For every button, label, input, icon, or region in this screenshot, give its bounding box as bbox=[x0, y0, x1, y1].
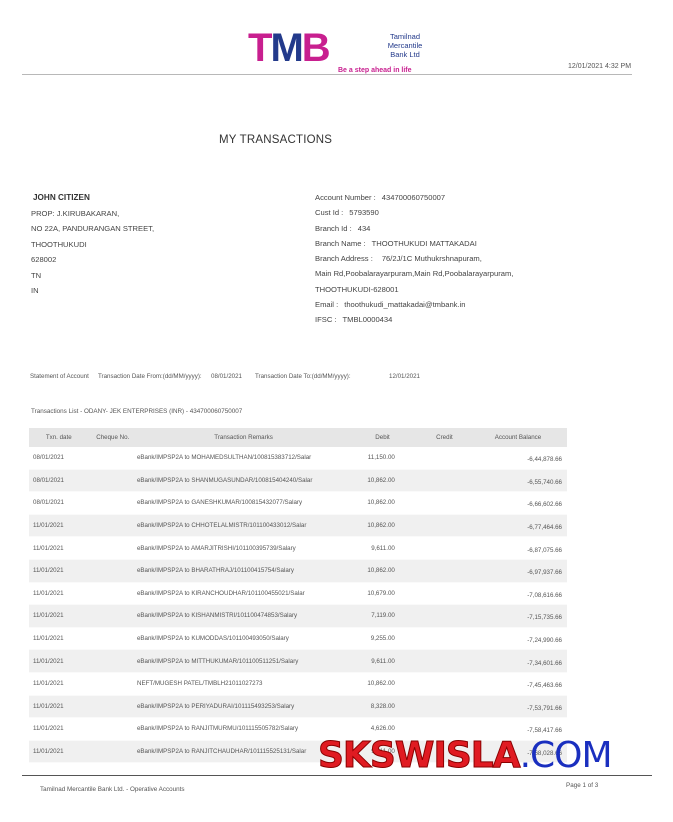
col-cheque-no: Cheque No. bbox=[89, 428, 137, 447]
cell-txn-date: 11/01/2021 bbox=[29, 695, 89, 718]
transactions-list-label: Transactions List - ODANY- JEK ENTERPRIS… bbox=[31, 408, 242, 415]
date-to-label: Transaction Date To:(dd/MM/yyyy): bbox=[255, 373, 351, 380]
cell-credit bbox=[415, 627, 474, 650]
cell-cheque-no bbox=[89, 559, 137, 582]
cell-credit bbox=[415, 650, 474, 673]
cell-balance: -6,44,878.66 bbox=[474, 447, 567, 469]
cell-remarks: eBank/IMPSP2A to SHANMUGASUNDAR/10081540… bbox=[137, 469, 350, 492]
cell-balance: -6,97,937.66 bbox=[474, 559, 567, 582]
cell-txn-date: 11/01/2021 bbox=[29, 718, 89, 741]
logo-tagline: Be a step ahead in life bbox=[338, 67, 412, 74]
cell-txn-date: 08/01/2021 bbox=[29, 469, 89, 492]
cell-txn-date: 11/01/2021 bbox=[29, 605, 89, 628]
ifsc-label: IFSC : bbox=[315, 315, 337, 324]
footer-bank-name: Tamilnad Mercantile Bank Ltd. - Operativ… bbox=[40, 786, 185, 793]
cell-txn-date-text: 11/01/2021 bbox=[33, 590, 64, 597]
cell-txn-date-text: 08/01/2021 bbox=[33, 499, 64, 506]
cell-debit-text: 10,862.00 bbox=[367, 522, 415, 529]
cell-cheque-no bbox=[89, 537, 137, 560]
cell-remarks-text: NEFT/MUGESH PATEL/TMBLH21011027273 bbox=[137, 680, 263, 687]
footer-divider bbox=[22, 775, 652, 776]
customer-address-line: NO 22A, PANDURANGAN STREET, bbox=[31, 224, 154, 240]
cell-txn-date: 11/01/2021 bbox=[29, 740, 89, 763]
cell-remarks-text: eBank/IMPSP2A to KIRANCHOUDHAR/101100455… bbox=[137, 590, 305, 597]
cell-credit bbox=[415, 447, 474, 469]
bank-logo: TMB Tamilnad Mercantile Bank Ltd Be a st… bbox=[248, 28, 438, 78]
cell-debit-text: 4,626.00 bbox=[371, 725, 415, 732]
cell-balance: -7,53,791.66 bbox=[474, 695, 567, 718]
cell-balance-text: -6,87,075.66 bbox=[527, 547, 562, 554]
cell-balance: -7,24,990.66 bbox=[474, 627, 567, 650]
cell-remarks: eBank/IMPSP2A to KUMODDAS/101100493050/S… bbox=[137, 627, 350, 650]
branch-address-line: THOOTHUKUDI-628001 bbox=[315, 285, 513, 300]
account-details-block: Account Number :434700060750007 Cust Id … bbox=[315, 193, 513, 331]
header-divider bbox=[22, 74, 632, 75]
cell-debit-text: 10,862.00 bbox=[367, 499, 415, 506]
cell-balance-text: -7,08,616.66 bbox=[527, 592, 562, 599]
cell-cheque-no bbox=[89, 492, 137, 515]
cell-remarks-text: eBank/IMPSP2A to PERIYADURAI/10111549325… bbox=[137, 703, 294, 710]
account-number-value: 434700060750007 bbox=[382, 193, 445, 202]
customer-name: JOHN CITIZEN bbox=[33, 193, 154, 209]
cell-debit: 10,862.00 bbox=[350, 559, 415, 582]
table-row: 08/01/2021eBank/IMPSP2A to SHANMUGASUNDA… bbox=[29, 469, 567, 492]
cell-debit-text: 9,611.00 bbox=[371, 545, 415, 552]
watermark-blue-text: .COM bbox=[520, 735, 612, 776]
branch-id-value: 434 bbox=[358, 224, 371, 233]
cell-balance-text: -7,58,417.66 bbox=[527, 727, 562, 734]
cell-txn-date: 11/01/2021 bbox=[29, 672, 89, 695]
col-txn-date: Txn. date bbox=[29, 428, 89, 447]
cell-debit: 9,611.00 bbox=[350, 537, 415, 560]
cell-remarks-text: eBank/IMPSP2A to KUMODDAS/101100493050/S… bbox=[137, 635, 289, 642]
cell-balance-text: -6,66,602.66 bbox=[527, 501, 562, 508]
table-row: 08/01/2021eBank/IMPSP2A to GANESHKUMAR/1… bbox=[29, 492, 567, 515]
cell-remarks-text: eBank/IMPSP2A to AMARJITRISHI/1011003957… bbox=[137, 545, 296, 552]
cell-txn-date-text: 11/01/2021 bbox=[33, 612, 64, 619]
date-from-value: 08/01/2021 bbox=[211, 373, 242, 380]
cell-remarks-text: eBank/IMPSP2A to MOHAMEDSULTHAN/10081538… bbox=[137, 454, 311, 461]
cell-txn-date-text: 11/01/2021 bbox=[33, 545, 64, 552]
branch-address-line: Main Rd,Poobalarayarpuram,Main Rd,Poobal… bbox=[315, 269, 513, 284]
branch-address-row: Branch Address :76/2J/1C Muthukrshnapura… bbox=[315, 254, 513, 269]
cell-credit bbox=[415, 695, 474, 718]
cell-txn-date-text: 11/01/2021 bbox=[33, 703, 64, 710]
page-number: Page 1 of 3 bbox=[566, 782, 598, 789]
cell-credit bbox=[415, 492, 474, 515]
cell-balance-text: -6,55,740.66 bbox=[527, 479, 562, 486]
branch-address-label: Branch Address : bbox=[315, 254, 373, 263]
cell-debit-text: 10,679.00 bbox=[367, 590, 415, 597]
cell-debit-text: 9,611.00 bbox=[371, 658, 415, 665]
cell-txn-date: 11/01/2021 bbox=[29, 559, 89, 582]
cell-txn-date-text: 11/01/2021 bbox=[33, 658, 64, 665]
logo-letter-m: M bbox=[270, 26, 301, 70]
cell-remarks: eBank/IMPSP2A to GANESHKUMAR/10081543207… bbox=[137, 492, 350, 515]
cell-debit-text: 10,862.00 bbox=[367, 477, 415, 484]
cell-cheque-no bbox=[89, 447, 137, 469]
cell-balance: -6,55,740.66 bbox=[474, 469, 567, 492]
print-timestamp: 12/01/2021 4:32 PM bbox=[568, 63, 631, 70]
cell-remarks: eBank/IMPSP2A to AMARJITRISHI/1011003957… bbox=[137, 537, 350, 560]
customer-address-line: THOOTHUKUDI bbox=[31, 240, 154, 256]
cell-balance: -7,15,735.66 bbox=[474, 605, 567, 628]
cell-txn-date: 11/01/2021 bbox=[29, 650, 89, 673]
cell-remarks-text: eBank/IMPSP2A to KISHANMISTRI/1011004748… bbox=[137, 612, 297, 619]
logo-side-line: Bank Ltd bbox=[380, 50, 430, 59]
cell-cheque-no bbox=[89, 627, 137, 650]
cell-credit bbox=[415, 582, 474, 605]
branch-id-row: Branch Id :434 bbox=[315, 224, 513, 239]
cell-remarks: eBank/IMPSP2A to MITTHUKUMAR/10110051125… bbox=[137, 650, 350, 673]
cell-cheque-no bbox=[89, 740, 137, 763]
cell-balance: -6,77,464.66 bbox=[474, 514, 567, 537]
account-number-row: Account Number :434700060750007 bbox=[315, 193, 513, 208]
cell-cheque-no bbox=[89, 469, 137, 492]
cell-txn-date: 11/01/2021 bbox=[29, 537, 89, 560]
cell-remarks: eBank/IMPSP2A to CHHOTELALMISTR/10110043… bbox=[137, 514, 350, 537]
cust-id-label: Cust Id : bbox=[315, 208, 343, 217]
cust-id-row: Cust Id :5793590 bbox=[315, 208, 513, 223]
cell-debit: 10,862.00 bbox=[350, 514, 415, 537]
cell-credit bbox=[415, 469, 474, 492]
cell-balance-text: -6,44,878.66 bbox=[527, 456, 562, 463]
logo-side-line: Mercantile bbox=[380, 41, 430, 50]
table-row: 11/01/2021eBank/IMPSP2A to KISHANMISTRI/… bbox=[29, 605, 567, 628]
page-title: MY TRANSACTIONS bbox=[219, 134, 332, 146]
cell-txn-date-text: 11/01/2021 bbox=[33, 635, 64, 642]
account-number-label: Account Number : bbox=[315, 193, 376, 202]
cell-debit-text: 8,328.00 bbox=[371, 703, 415, 710]
cell-remarks: eBank/IMPSP2A to PERIYADURAI/10111549325… bbox=[137, 695, 350, 718]
cell-debit: 9,611.00 bbox=[350, 650, 415, 673]
customer-address-line: TN bbox=[31, 271, 154, 287]
cell-txn-date-text: 11/01/2021 bbox=[33, 680, 64, 687]
watermark-red-text: SKSWISLA bbox=[318, 735, 520, 776]
cell-debit: 10,862.00 bbox=[350, 672, 415, 695]
logo-wordmark: TMB bbox=[248, 28, 329, 68]
cell-credit bbox=[415, 514, 474, 537]
cell-remarks: eBank/IMPSP2A to MOHAMEDSULTHAN/10081538… bbox=[137, 447, 350, 469]
table-row: 11/01/2021eBank/IMPSP2A to MITTHUKUMAR/1… bbox=[29, 650, 567, 673]
table-body: 08/01/2021eBank/IMPSP2A to MOHAMEDSULTHA… bbox=[29, 447, 567, 763]
customer-address-block: JOHN CITIZEN PROP: J.KIRUBAKARAN, NO 22A… bbox=[31, 193, 154, 302]
cell-balance-text: -6,77,464.66 bbox=[527, 524, 562, 531]
branch-id-label: Branch Id : bbox=[315, 224, 352, 233]
cell-debit: 8,328.00 bbox=[350, 695, 415, 718]
logo-side-line: Tamilnad bbox=[380, 32, 430, 41]
cell-remarks-text: eBank/IMPSP2A to BHARATHRAJ/101100415754… bbox=[137, 567, 294, 574]
cell-debit: 11,150.00 bbox=[350, 447, 415, 469]
logo-letter-t: T bbox=[248, 26, 270, 70]
cell-cheque-no bbox=[89, 672, 137, 695]
cell-debit: 10,862.00 bbox=[350, 469, 415, 492]
cell-balance: -7,08,616.66 bbox=[474, 582, 567, 605]
cell-balance-text: -7,34,601.66 bbox=[527, 660, 562, 667]
ifsc-row: IFSC :TMBL0000434 bbox=[315, 315, 513, 330]
cell-debit-text: 10,862.00 bbox=[367, 567, 415, 574]
cell-credit bbox=[415, 672, 474, 695]
cell-cheque-no bbox=[89, 695, 137, 718]
cell-remarks: eBank/IMPSP2A to KIRANCHOUDHAR/101100455… bbox=[137, 582, 350, 605]
cell-txn-date-text: 11/01/2021 bbox=[33, 567, 64, 574]
cell-remarks: eBank/IMPSP2A to KISHANMISTRI/1011004748… bbox=[137, 605, 350, 628]
email-label: Email : bbox=[315, 300, 338, 309]
table-header-row: Txn. date Cheque No. Transaction Remarks… bbox=[29, 428, 567, 447]
cell-txn-date-text: 08/01/2021 bbox=[33, 477, 64, 484]
table-row: 11/01/2021eBank/IMPSP2A to AMARJITRISHI/… bbox=[29, 537, 567, 560]
cell-balance: -7,45,463.66 bbox=[474, 672, 567, 695]
cell-credit bbox=[415, 605, 474, 628]
table-row: 11/01/2021NEFT/MUGESH PATEL/TMBLH2101102… bbox=[29, 672, 567, 695]
table-row: 11/01/2021eBank/IMPSP2A to PERIYADURAI/1… bbox=[29, 695, 567, 718]
logo-letter-b: B bbox=[302, 26, 329, 70]
col-credit: Credit bbox=[415, 428, 474, 447]
watermark: SKSWISLA.COM bbox=[318, 735, 612, 776]
date-from-label: Transaction Date From:(dd/MM/yyyy): bbox=[98, 373, 202, 380]
cell-balance-text: -7,24,990.66 bbox=[527, 637, 562, 644]
cell-txn-date: 08/01/2021 bbox=[29, 447, 89, 469]
cell-txn-date-text: 11/01/2021 bbox=[33, 522, 64, 529]
customer-address-line: IN bbox=[31, 286, 154, 302]
branch-address-value: 76/2J/1C Muthukrshnapuram, bbox=[382, 254, 482, 263]
cell-debit-text: 10,862.00 bbox=[367, 680, 415, 687]
email-value: thoothukudi_mattakadai@tmbank.in bbox=[344, 300, 465, 309]
cell-cheque-no bbox=[89, 582, 137, 605]
statement-label: Statement of Account bbox=[30, 373, 89, 380]
col-balance: Account Balance bbox=[474, 428, 567, 447]
cell-txn-date-text: 11/01/2021 bbox=[33, 725, 64, 732]
customer-address-line: PROP: J.KIRUBAKARAN, bbox=[31, 209, 154, 225]
cell-debit-text: 11,150.00 bbox=[368, 454, 415, 461]
cell-remarks-text: eBank/IMPSP2A to GANESHKUMAR/10081543207… bbox=[137, 499, 302, 506]
cell-txn-date: 11/01/2021 bbox=[29, 582, 89, 605]
cell-remarks: NEFT/MUGESH PATEL/TMBLH21011027273 bbox=[137, 672, 350, 695]
cell-balance: -6,66,602.66 bbox=[474, 492, 567, 515]
cell-credit bbox=[415, 559, 474, 582]
ifsc-value: TMBL0000434 bbox=[343, 315, 393, 324]
col-remarks: Transaction Remarks bbox=[137, 428, 350, 447]
cell-debit: 7,119.00 bbox=[350, 605, 415, 628]
table-row: 11/01/2021eBank/IMPSP2A to KIRANCHOUDHAR… bbox=[29, 582, 567, 605]
table-row: 11/01/2021eBank/IMPSP2A to KUMODDAS/1011… bbox=[29, 627, 567, 650]
cell-balance-text: -7,45,463.66 bbox=[527, 682, 562, 689]
cell-debit: 9,255.00 bbox=[350, 627, 415, 650]
cell-txn-date-text: 11/01/2021 bbox=[33, 748, 64, 755]
branch-name-value: THOOTHUKUDI MATTAKADAI bbox=[372, 239, 477, 248]
cell-cheque-no bbox=[89, 605, 137, 628]
cell-txn-date-text: 08/01/2021 bbox=[33, 454, 64, 461]
cell-debit-text: 9,255.00 bbox=[371, 635, 415, 642]
table-row: 11/01/2021eBank/IMPSP2A to CHHOTELALMIST… bbox=[29, 514, 567, 537]
cell-balance-text: -7,15,735.66 bbox=[527, 614, 562, 621]
cell-txn-date: 11/01/2021 bbox=[29, 514, 89, 537]
cell-cheque-no bbox=[89, 514, 137, 537]
branch-name-label: Branch Name : bbox=[315, 239, 366, 248]
table-row: 11/01/2021eBank/IMPSP2A to BHARATHRAJ/10… bbox=[29, 559, 567, 582]
cell-balance-text: -6,97,937.66 bbox=[527, 569, 562, 576]
cell-remarks-text: eBank/IMPSP2A to RANJITMURMU/10111550578… bbox=[137, 725, 298, 732]
cell-txn-date: 11/01/2021 bbox=[29, 627, 89, 650]
table-row: 08/01/2021eBank/IMPSP2A to MOHAMEDSULTHA… bbox=[29, 447, 567, 469]
cell-remarks-text: eBank/IMPSP2A to MITTHUKUMAR/10110051125… bbox=[137, 658, 298, 665]
cell-remarks: eBank/IMPSP2A to BHARATHRAJ/101100415754… bbox=[137, 559, 350, 582]
date-to-value: 12/01/2021 bbox=[389, 373, 420, 380]
cell-balance: -7,34,601.66 bbox=[474, 650, 567, 673]
email-row: Email :thoothukudi_mattakadai@tmbank.in bbox=[315, 300, 513, 315]
cell-balance: -6,87,075.66 bbox=[474, 537, 567, 560]
cell-credit bbox=[415, 537, 474, 560]
cell-remarks-text: eBank/IMPSP2A to RANJITCHAUDHAR/10111552… bbox=[137, 748, 306, 755]
col-debit: Debit bbox=[350, 428, 415, 447]
transactions-table: Txn. date Cheque No. Transaction Remarks… bbox=[29, 428, 567, 763]
logo-side-text: Tamilnad Mercantile Bank Ltd bbox=[380, 32, 430, 59]
cust-id-value: 5793590 bbox=[349, 208, 379, 217]
cell-remarks-text: eBank/IMPSP2A to SHANMUGASUNDAR/10081540… bbox=[137, 477, 312, 484]
cell-debit-text: 7,119.00 bbox=[371, 612, 415, 619]
branch-name-row: Branch Name :THOOTHUKUDI MATTAKADAI bbox=[315, 239, 513, 254]
cell-txn-date: 08/01/2021 bbox=[29, 492, 89, 515]
cell-debit: 10,862.00 bbox=[350, 492, 415, 515]
cell-cheque-no bbox=[89, 650, 137, 673]
cell-debit: 10,679.00 bbox=[350, 582, 415, 605]
cell-cheque-no bbox=[89, 718, 137, 741]
customer-address-line: 628002 bbox=[31, 255, 154, 271]
cell-remarks-text: eBank/IMPSP2A to CHHOTELALMISTR/10110043… bbox=[137, 522, 306, 529]
cell-balance-text: -7,53,791.66 bbox=[527, 705, 562, 712]
